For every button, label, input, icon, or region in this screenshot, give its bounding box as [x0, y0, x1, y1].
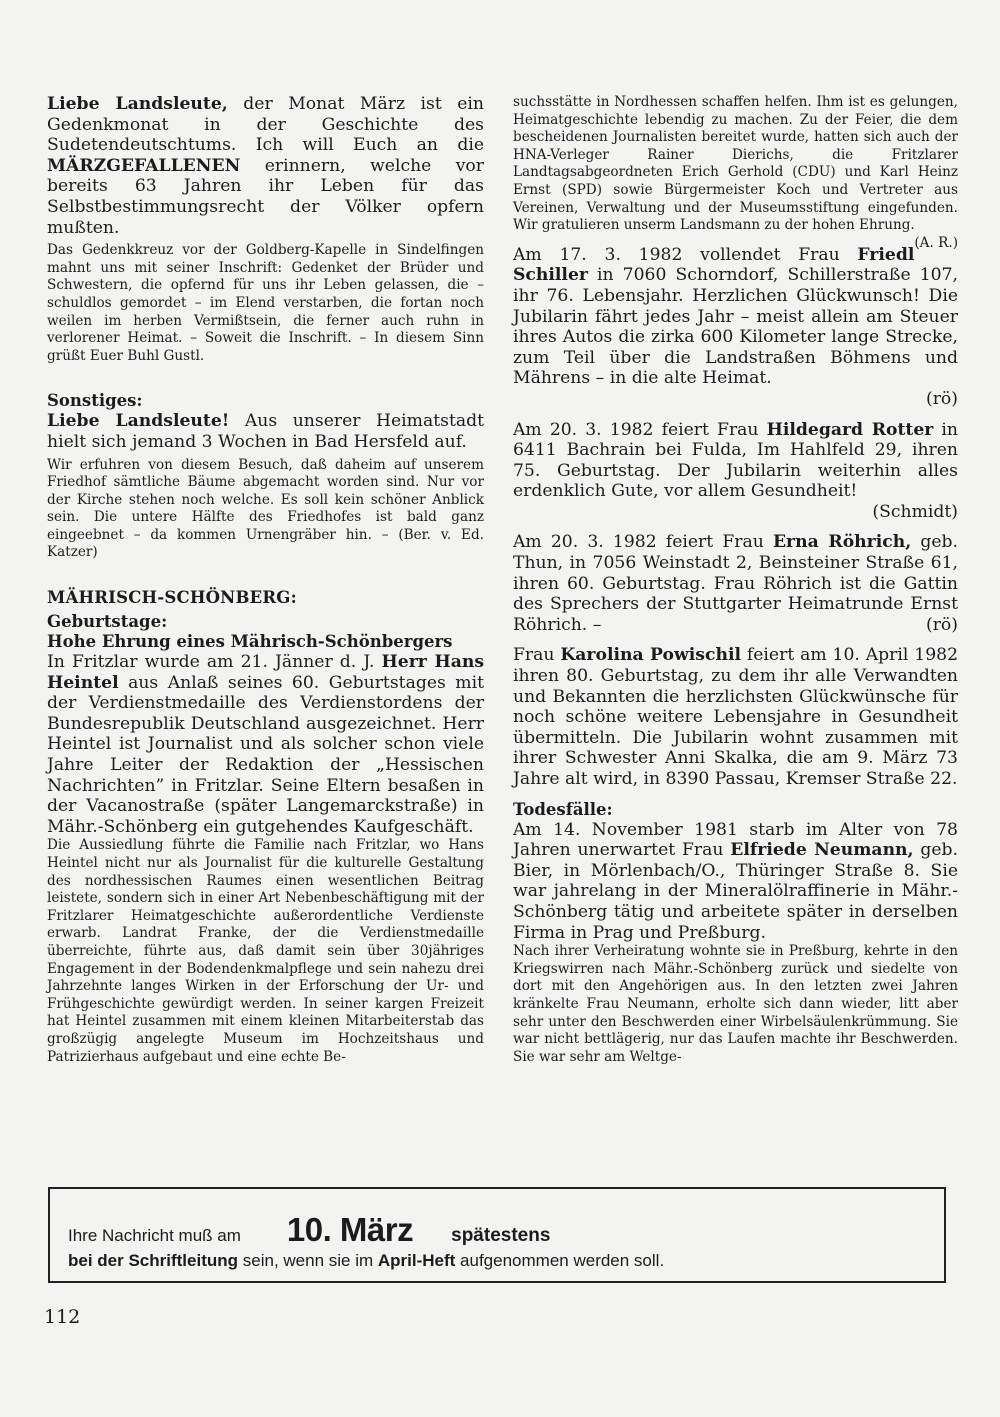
rotter-text: Am 20. 3. 1982 feiert Frau — [513, 420, 767, 440]
deadline-notice-box: Ihre Nachricht muß am 10. März spätesten… — [48, 1187, 946, 1283]
intro-paragraph: Liebe Landsleute, der Monat März ist ein… — [47, 94, 484, 238]
right-column: suchsstätte in Nordhessen schaffen helfe… — [513, 94, 958, 1066]
signature-schmidt: (Schmidt) — [513, 502, 958, 523]
powischil-text-2: feiert am 10. April 1982 ihren 80. Gebur… — [513, 645, 958, 789]
heintel-paragraph: In Fritzlar wurde am 21. Jänner d. J. He… — [47, 652, 484, 837]
sonstiges-small-paragraph: Wir erfuhren von diesem Besuch, daß dahe… — [47, 457, 484, 563]
notice-text-2: sein, wenn sie im — [238, 1251, 378, 1271]
article-title: Hohe Ehrung eines Mährisch-Schönbergers — [47, 632, 484, 652]
heintel-small-paragraph: Die Aussiedlung führte die Familie nach … — [47, 837, 484, 1066]
rotter-paragraph: Am 20. 3. 1982 feiert Frau Hildegard Rot… — [513, 420, 958, 502]
sonstiges-heading: Sonstiges: — [47, 391, 484, 411]
powischil-text: Frau — [513, 645, 560, 665]
page-number: 112 — [44, 1306, 80, 1328]
notice-april-heft: April-Heft — [378, 1251, 455, 1271]
intro-lead: Liebe Landsleute, — [47, 94, 228, 114]
roehrich-text: Am 20. 3. 1982 feiert Frau — [513, 532, 773, 552]
schiller-paragraph: Am 17. 3. 1982 vollendet Frau Friedl Sch… — [513, 245, 958, 389]
left-column: Liebe Landsleute, der Monat März ist ein… — [47, 94, 484, 1066]
region-heading: MÄHRISCH-SCHÖNBERG: — [47, 588, 484, 608]
notice-schriftleitung: bei der Schriftleitung — [68, 1251, 238, 1271]
geburtstage-heading: Geburtstage: — [47, 612, 484, 632]
heintel-text-2: aus Anlaß seines 60. Geburtstages mit de… — [47, 673, 484, 837]
powischil-paragraph: Frau Karolina Powischil feiert am 10. Ap… — [513, 645, 958, 789]
heintel-text: In Fritzlar wurde am 21. Jänner d. J. — [47, 652, 382, 672]
continuation-paragraph: suchsstätte in Nordhessen schaffen helfe… — [513, 94, 958, 235]
continuation-text: suchsstätte in Nordhessen schaffen helfe… — [513, 94, 958, 233]
intro-small-paragraph: Das Gedenkkreuz vor der Goldberg-Kapelle… — [47, 242, 484, 365]
sonstiges-lead: Liebe Landsleute! — [47, 411, 229, 431]
neumann-paragraph: Am 14. November 1981 starb im Alter von … — [513, 820, 958, 944]
notice-line-1: Ihre Nachricht muß am 10. März spätesten… — [68, 1211, 550, 1249]
notice-text: Ihre Nachricht muß am — [68, 1226, 241, 1246]
neumann-small-paragraph: Nach ihrer Verheiratung wohnte sie in Pr… — [513, 943, 958, 1066]
maerzgefallenen-bold: MÄRZGEFALLENEN — [47, 156, 240, 176]
rotter-name: Hildegard Rotter — [767, 420, 934, 440]
roehrich-name: Erna Röhrich, — [773, 532, 911, 552]
todesfaelle-heading: Todesfälle: — [513, 800, 958, 820]
notice-line-2: bei der Schriftleitung sein, wenn sie im… — [68, 1251, 664, 1271]
neumann-name: Elfriede Neumann, — [730, 840, 913, 860]
signature-ar: (A. R.) — [914, 235, 958, 253]
sonstiges-paragraph: Liebe Landsleute! Aus unserer Heimatstad… — [47, 411, 484, 452]
powischil-name: Karolina Powischil — [560, 645, 741, 665]
notice-text-3: aufgenommen werden soll. — [455, 1251, 664, 1271]
schiller-text: Am 17. 3. 1982 vollendet Frau — [513, 245, 857, 265]
roehrich-paragraph: Am 20. 3. 1982 feiert Frau Erna Röhrich,… — [513, 532, 958, 635]
deadline-date: 10. März — [287, 1211, 413, 1249]
notice-spaetestens: spätestens — [451, 1225, 550, 1247]
signature-roe-2: (rö) — [926, 615, 958, 636]
signature-roe: (rö) — [513, 389, 958, 410]
